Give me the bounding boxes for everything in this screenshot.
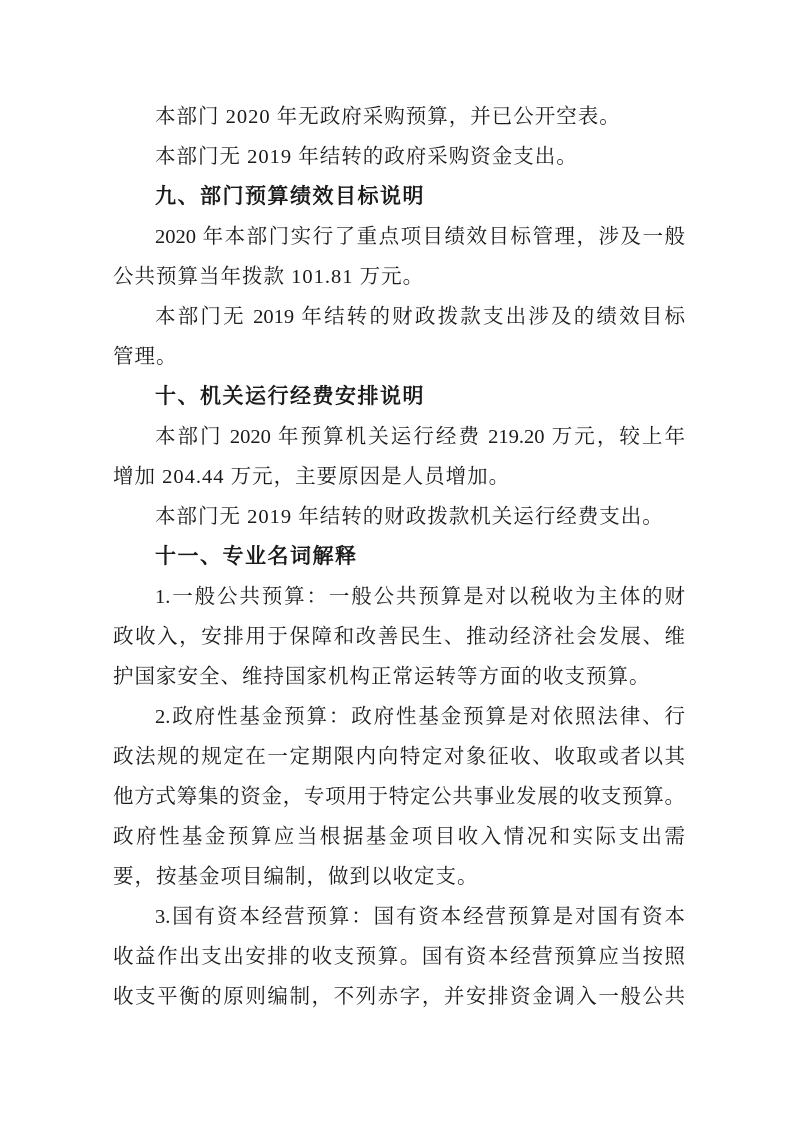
text-line: 收支平衡的原则编制，不列赤字，并安排资金调入一般公共 xyxy=(113,977,685,1017)
text-line: 政收入，安排用于保障和改善民生、推动经济社会发展、维 xyxy=(113,617,685,657)
para-no-carryover-performance-2019: 本部门无 2019 年结转的财政拨款支出涉及的绩效目标管理。 xyxy=(113,297,685,377)
text-line: 公共预算当年拨款 101.81 万元。 xyxy=(113,257,685,297)
text-line: 要，按基金项目编制，做到以收定支。 xyxy=(113,857,685,897)
text-line: 3.国有资本经营预算：国有资本经营预算是对国有资本 xyxy=(113,897,685,937)
para-no-carryover-procurement-2019: 本部门无 2019 年结转的政府采购资金支出。 xyxy=(113,137,685,177)
text-line: 1.一般公共预算：一般公共预算是对以税收为主体的财 xyxy=(113,577,685,617)
text-line: 本部门 2020 年无政府采购预算，并已公开空表。 xyxy=(113,97,685,137)
text-line: 本部门 2020 年预算机关运行经费 219.20 万元，较上年 xyxy=(113,417,685,457)
text-line: 2.政府性基金预算：政府性基金预算是对依照法律、行 xyxy=(113,697,685,737)
para-no-procurement-2020: 本部门 2020 年无政府采购预算，并已公开空表。 xyxy=(113,97,685,137)
text-line: 护国家安全、维持国家机构正常运转等方面的收支预算。 xyxy=(113,657,685,697)
heading-section-9: 九、部门预算绩效目标说明 xyxy=(113,177,685,217)
heading-section-10: 十、机关运行经费安排说明 xyxy=(113,377,685,417)
para-term-3-state-capital-budget: 3.国有资本经营预算：国有资本经营预算是对国有资本收益作出支出安排的收支预算。国… xyxy=(113,897,685,1017)
para-no-carryover-operating-2019: 本部门无 2019 年结转的财政拨款机关运行经费支出。 xyxy=(113,497,685,537)
heading-line: 十一、专业名词解释 xyxy=(113,537,685,577)
text-line: 本部门无 2019 年结转的政府采购资金支出。 xyxy=(113,137,685,177)
text-line: 收益作出支出安排的收支预算。国有资本经营预算应当按照 xyxy=(113,937,685,977)
heading-line: 九、部门预算绩效目标说明 xyxy=(113,177,685,217)
text-line: 他方式筹集的资金，专项用于特定公共事业发展的收支预算。 xyxy=(113,777,685,817)
heading-section-11: 十一、专业名词解释 xyxy=(113,537,685,577)
text-line: 管理。 xyxy=(113,337,685,377)
text-line: 政法规的规定在一定期限内向特定对象征收、收取或者以其 xyxy=(113,737,685,777)
text-line: 本部门无 2019 年结转的财政拨款支出涉及的绩效目标 xyxy=(113,297,685,337)
para-term-2-government-fund-budget: 2.政府性基金预算：政府性基金预算是对依照法律、行政法规的规定在一定期限内向特定… xyxy=(113,697,685,897)
heading-line: 十、机关运行经费安排说明 xyxy=(113,377,685,417)
text-line: 本部门无 2019 年结转的财政拨款机关运行经费支出。 xyxy=(113,497,685,537)
para-performance-targets-2020: 2020 年本部门实行了重点项目绩效目标管理，涉及一般公共预算当年拨款 101.… xyxy=(113,217,685,297)
text-line: 政府性基金预算应当根据基金项目收入情况和实际支出需 xyxy=(113,817,685,857)
para-operating-expenses-2020: 本部门 2020 年预算机关运行经费 219.20 万元，较上年增加 204.4… xyxy=(113,417,685,497)
document-content: 本部门 2020 年无政府采购预算，并已公开空表。本部门无 2019 年结转的政… xyxy=(113,97,685,1017)
para-term-1-general-public-budget: 1.一般公共预算：一般公共预算是对以税收为主体的财政收入，安排用于保障和改善民生… xyxy=(113,577,685,697)
text-line: 2020 年本部门实行了重点项目绩效目标管理，涉及一般 xyxy=(113,217,685,257)
document-page: 本部门 2020 年无政府采购预算，并已公开空表。本部门无 2019 年结转的政… xyxy=(0,0,793,1122)
text-line: 增加 204.44 万元，主要原因是人员增加。 xyxy=(113,457,685,497)
